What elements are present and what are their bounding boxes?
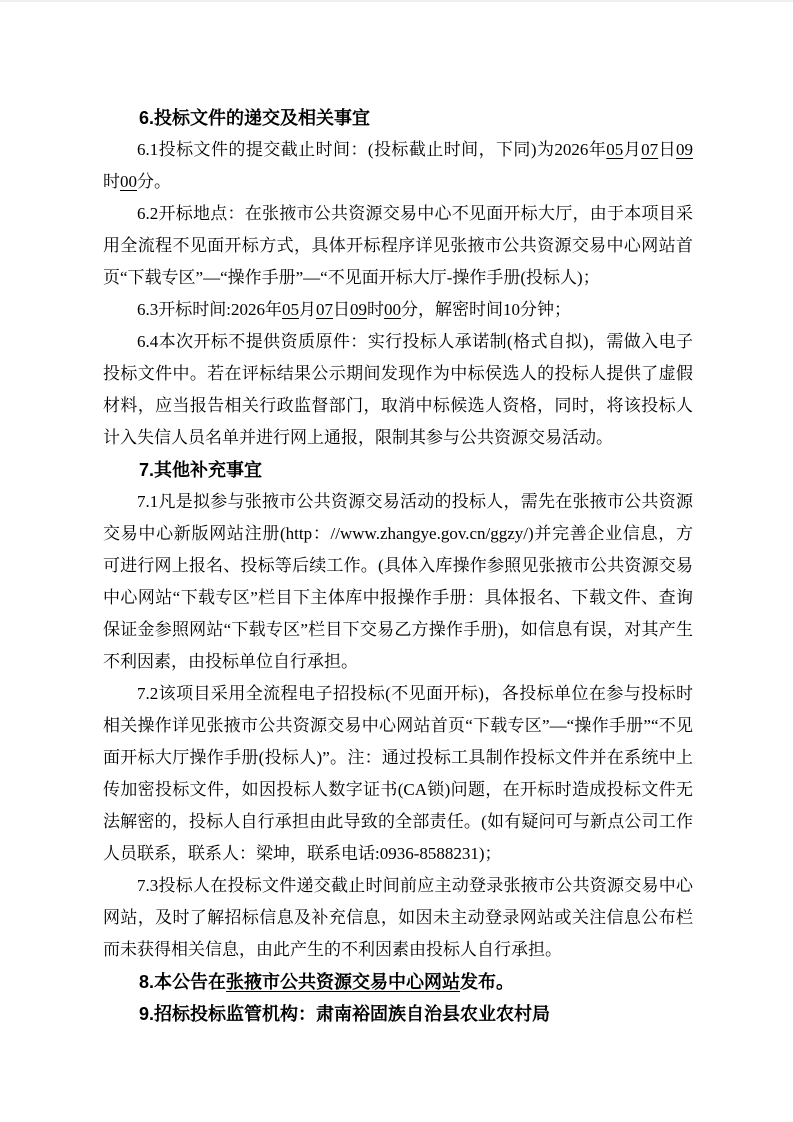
text-run: 发布。: [460, 972, 514, 992]
underlined-value: 00: [384, 300, 401, 319]
text-run: 时: [103, 172, 120, 191]
underlined-value: 07: [316, 300, 333, 319]
underlined-value: 00: [120, 172, 137, 191]
text-run: 日: [333, 300, 350, 319]
section-8-announcement-site: 8.本公告在张掖市公共资源交易中心网站发布。: [103, 966, 693, 998]
para-7-3-website-login: 7.3投标人在投标文件递交截止时间前应主动登录张掖市公共资源交易中心网站，及时了…: [103, 870, 693, 966]
text-run: 6.3开标时间:2026年: [137, 300, 282, 319]
para-7-1-registration: 7.1凡是拟参与张掖市公共资源交易活动的投标人，需先在张掖市公共资源交易中心新版…: [103, 486, 693, 678]
text-run: 7.其他补充事宜: [139, 460, 262, 480]
text-run: 月: [623, 140, 641, 159]
section-7-heading: 7.其他补充事宜: [103, 454, 693, 486]
text-run: 7.1凡是拟参与张掖市公共资源交易活动的投标人，需先在张掖市公共资源交易中心新版…: [103, 492, 693, 671]
underlined-value: 09: [676, 140, 693, 159]
section-9-supervision-authority: 9.招标投标监管机构：肃南裕固族自治县农业农村局: [103, 998, 693, 1030]
para-6-4-qualification-originals: 6.4本次开标不提供资质原件：实行投标人承诺制(格式自拟)，需做入电子投标文件中…: [103, 326, 693, 454]
document-page: 6.投标文件的递交及相关事宜6.1投标文件的提交截止时间：(投标截止时间，下同)…: [0, 0, 793, 1122]
text-run: 7.3投标人在投标文件递交截止时间前应主动登录张掖市公共资源交易中心网站，及时了…: [103, 876, 693, 959]
text-run: 时: [367, 300, 384, 319]
text-run: 8.本公告在: [139, 972, 226, 992]
text-run: 6.4本次开标不提供资质原件：实行投标人承诺制(格式自拟)，需做入电子投标文件中…: [103, 332, 693, 447]
para-6-1-submission-deadline: 6.1投标文件的提交截止时间：(投标截止时间，下同)为2026年05月07日09…: [103, 134, 693, 198]
underlined-value: 05: [606, 140, 623, 159]
underlined-value: 09: [350, 300, 367, 319]
text-run: 分。: [137, 172, 171, 191]
underlined-value: 张掖市公共资源交易中心网站: [226, 972, 460, 992]
underlined-value: 05: [282, 300, 299, 319]
underlined-value: 07: [641, 140, 658, 159]
text-run: 日: [658, 140, 676, 159]
text-run: 7.2该项目采用全流程电子招投标(不见面开标)，各投标单位在参与投标时相关操作详…: [103, 684, 693, 863]
document-body: 6.投标文件的递交及相关事宜6.1投标文件的提交截止时间：(投标截止时间，下同)…: [103, 102, 693, 1030]
text-run: 6.投标文件的递交及相关事宜: [139, 108, 370, 128]
text-run: 分，解密时间10分钟；: [401, 300, 571, 319]
para-6-2-bid-opening-location: 6.2开标地点：在张掖市公共资源交易中心不见面开标大厅，由于本项目采用全流程不见…: [103, 198, 693, 294]
text-run: 9.招标投标监管机构：肃南裕固族自治县农业农村局: [139, 1004, 550, 1024]
text-run: 6.1投标文件的提交截止时间：(投标截止时间，下同)为2026年: [137, 140, 606, 159]
section-6-heading: 6.投标文件的递交及相关事宜: [103, 102, 693, 134]
para-6-3-bid-opening-time: 6.3开标时间:2026年05月07日09时00分，解密时间10分钟；: [103, 294, 693, 326]
text-run: 6.2开标地点：在张掖市公共资源交易中心不见面开标大厅，由于本项目采用全流程不见…: [103, 204, 693, 287]
text-run: 月: [299, 300, 316, 319]
para-7-2-electronic-bidding: 7.2该项目采用全流程电子招投标(不见面开标)，各投标单位在参与投标时相关操作详…: [103, 678, 693, 870]
